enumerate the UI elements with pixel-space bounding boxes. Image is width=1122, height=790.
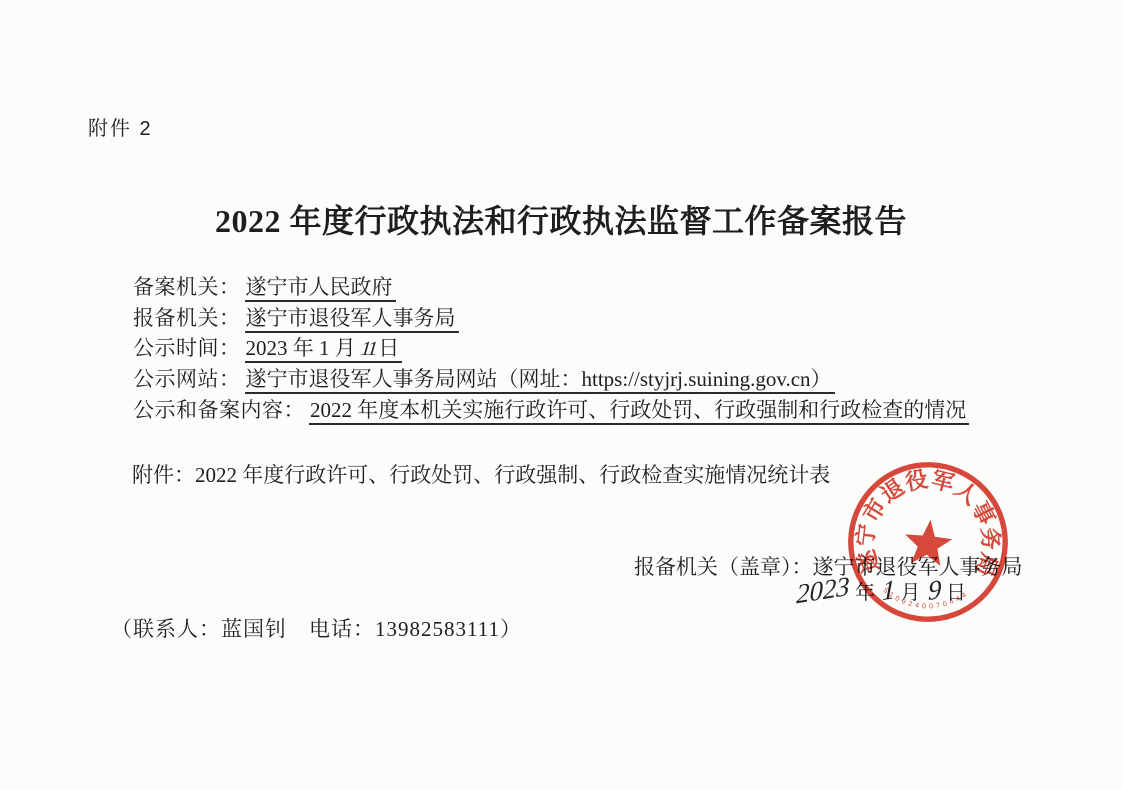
field-publicity-time: 公示时间：2023 年 1 月11日 xyxy=(133,332,969,363)
month-unit: 月 xyxy=(901,582,921,604)
publicity-time-value: 2023 年 1 月11日 xyxy=(245,336,403,363)
attachment-number: 附件 2 xyxy=(88,112,153,141)
record-authority-value: 遂宁市人民政府 xyxy=(245,275,396,302)
signature-date-line: 2023年1月9日 xyxy=(796,576,973,605)
handwritten-day: 9 xyxy=(927,576,941,606)
reporting-authority-value: 遂宁市退役军人事务局 xyxy=(245,306,459,333)
field-reporting-authority: 报备机关：遂宁市退役军人事务局 xyxy=(133,302,969,333)
handwritten-year: 2023 xyxy=(796,573,850,609)
publicity-time-handwritten-day: 11 xyxy=(360,338,377,361)
field-publicity-content: 公示和备案内容：2022 年度本机关实施行政许可、行政处罚、行政强制和行政检查的… xyxy=(133,394,969,425)
field-publicity-site: 公示网站：遂宁市退役军人事务局网站（网址：https://styjrj.suin… xyxy=(133,363,969,394)
field-list: 备案机关：遂宁市人民政府 报备机关：遂宁市退役军人事务局 公示时间：2023 年… xyxy=(133,271,969,424)
attachment-note: 附件：2022 年度行政许可、行政处罚、行政强制、行政检查实施情况统计表 xyxy=(132,459,830,489)
scanned-document-page: 附件 2 2022 年度行政执法和行政执法监督工作备案报告 备案机关：遂宁市人民… xyxy=(0,0,1122,790)
reporting-authority-label: 报备机关： xyxy=(133,306,241,330)
publicity-time-unit: 日 xyxy=(378,336,399,360)
record-authority-label: 备案机关： xyxy=(133,275,241,299)
year-unit: 年 xyxy=(855,582,875,604)
handwritten-month: 1 xyxy=(882,576,896,606)
publicity-site-value: 遂宁市退役军人事务局网站（网址：https://styjrj.suining.g… xyxy=(245,367,835,394)
publicity-content-label: 公示和备案内容： xyxy=(133,398,305,422)
contact-line: （联系人：蓝国钊 电话：13982583111） xyxy=(111,613,522,643)
document-title: 2022 年度行政执法和行政执法监督工作备案报告 xyxy=(0,196,1122,242)
publicity-time-printed: 2023 年 1 月 xyxy=(246,336,356,360)
publicity-content-value: 2022 年度本机关实施行政许可、行政处罚、行政强制和行政检查的情况 xyxy=(309,398,969,425)
field-record-authority: 备案机关：遂宁市人民政府 xyxy=(133,271,969,302)
publicity-time-label: 公示时间： xyxy=(133,336,241,360)
publicity-site-label: 公示网站： xyxy=(133,367,241,391)
signature-org-label: 报备机关（盖章）： xyxy=(634,555,813,579)
day-unit: 日 xyxy=(946,582,966,604)
